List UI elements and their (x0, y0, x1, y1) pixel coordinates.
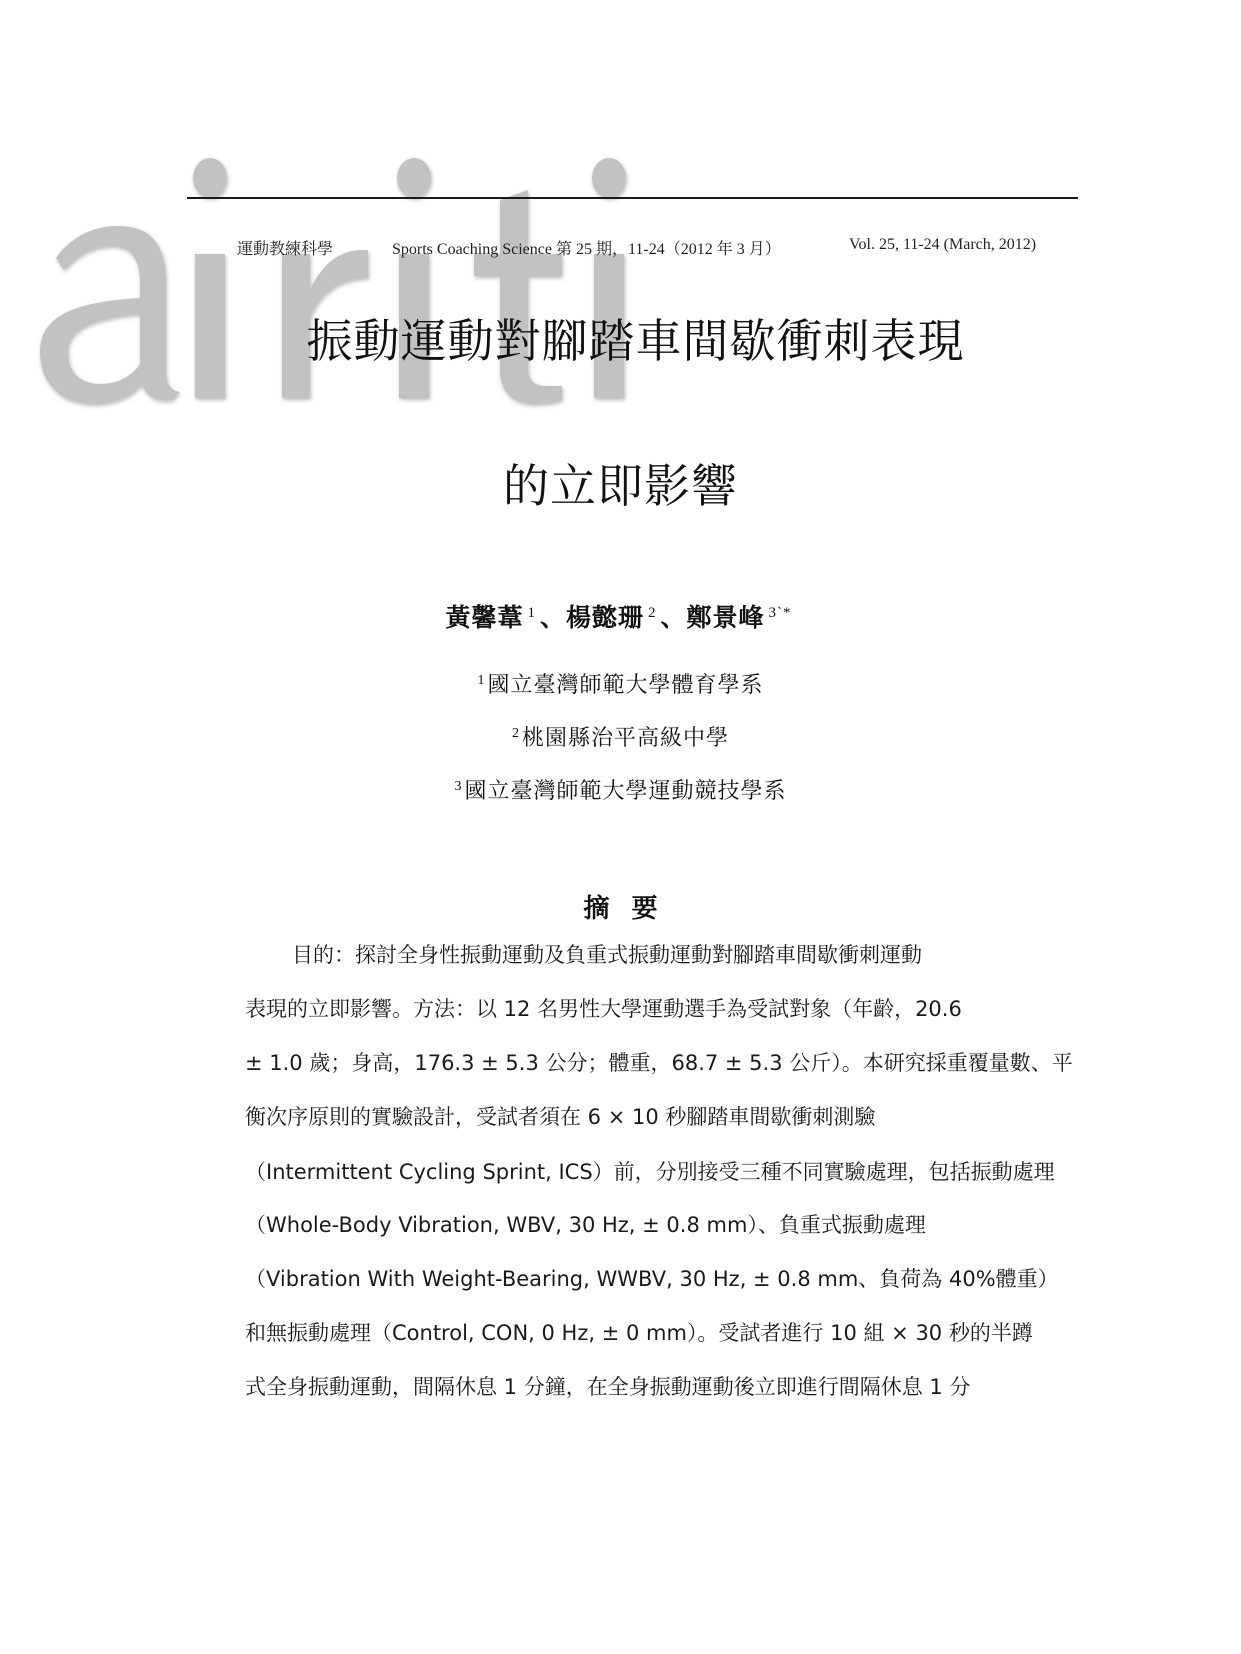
affiliation-mark: 1 (477, 673, 485, 688)
affiliation: 2桃園縣治平高級中學 (0, 721, 1241, 752)
abstract-line: 目的：探討全身性振動運動及負重式振動運動對腳踏車間歇衝刺運動 (292, 940, 1152, 970)
abstract-line: （Whole-Body Vibration, WBV, 30 Hz, ± 0.8… (245, 1210, 1105, 1240)
abstract-line: 和無振動處理（Control, CON, 0 Hz, ± 0 mm）。受試者進行… (245, 1318, 1105, 1348)
paper-title-line-2: 的立即影響 (0, 450, 1241, 516)
abstract-heading: 摘要 (0, 888, 1241, 925)
abstract-line: 表現的立即影響。方法：以 12 名男性大學運動選手為受試對象（年齡，20.6 (245, 994, 1105, 1024)
abstract-line: ± 1.0 歲；身高，176.3 ± 5.3 公分；體重，68.7 ± 5.3 … (245, 1048, 1105, 1078)
affiliation-mark: 2 (512, 726, 520, 741)
issue-info: Sports Coaching Science 第 25 期，11-24（201… (392, 236, 781, 259)
author-mark: 3`* (769, 605, 792, 621)
volume-info: Vol. 25, 11-24 (March, 2012) (849, 236, 1036, 254)
header-rule (187, 197, 1078, 199)
author-separator: 、 (540, 603, 566, 632)
author-mark: 1 (527, 605, 536, 621)
affiliation-mark: 3 (454, 779, 462, 794)
author-list: 黃馨葦1、楊懿珊2、鄭景峰3`* (0, 598, 1241, 634)
author-mark: 2 (648, 605, 657, 621)
abstract-line: （Intermittent Cycling Sprint, ICS）前，分別接受… (245, 1157, 1105, 1187)
author-separator: 、 (661, 603, 687, 632)
abstract-line: 式全身振動運動，間隔休息 1 分鐘，在全身振動運動後立即進行間隔休息 1 分 (245, 1372, 1105, 1402)
paper-title-line-1: 振動運動對腳踏車間歇衝刺表現 (0, 305, 1241, 371)
affiliation: 1國立臺灣師範大學體育學系 (0, 668, 1241, 699)
abstract-line: （Vibration With Weight-Bearing, WWBV, 30… (245, 1264, 1105, 1294)
running-head: 運動教練科學 Sports Coaching Science 第 25 期，11… (237, 236, 1037, 258)
author-name: 黃馨葦 (445, 603, 523, 632)
affiliation-text: 國立臺灣師範大學運動競技學系 (464, 779, 786, 804)
affiliation-text: 國立臺灣師範大學體育學系 (487, 673, 763, 698)
author-name: 鄭景峰 (687, 603, 765, 632)
affiliation: 3國立臺灣師範大學運動競技學系 (0, 774, 1241, 805)
affiliation-text: 桃園縣治平高級中學 (522, 726, 729, 751)
abstract-line: 衡次序原則的實驗設計，受試者須在 6 × 10 秒腳踏車間歇衝刺測驗 (245, 1102, 1105, 1132)
author-name: 楊懿珊 (566, 603, 644, 632)
journal-name-zh: 運動教練科學 (237, 236, 333, 259)
